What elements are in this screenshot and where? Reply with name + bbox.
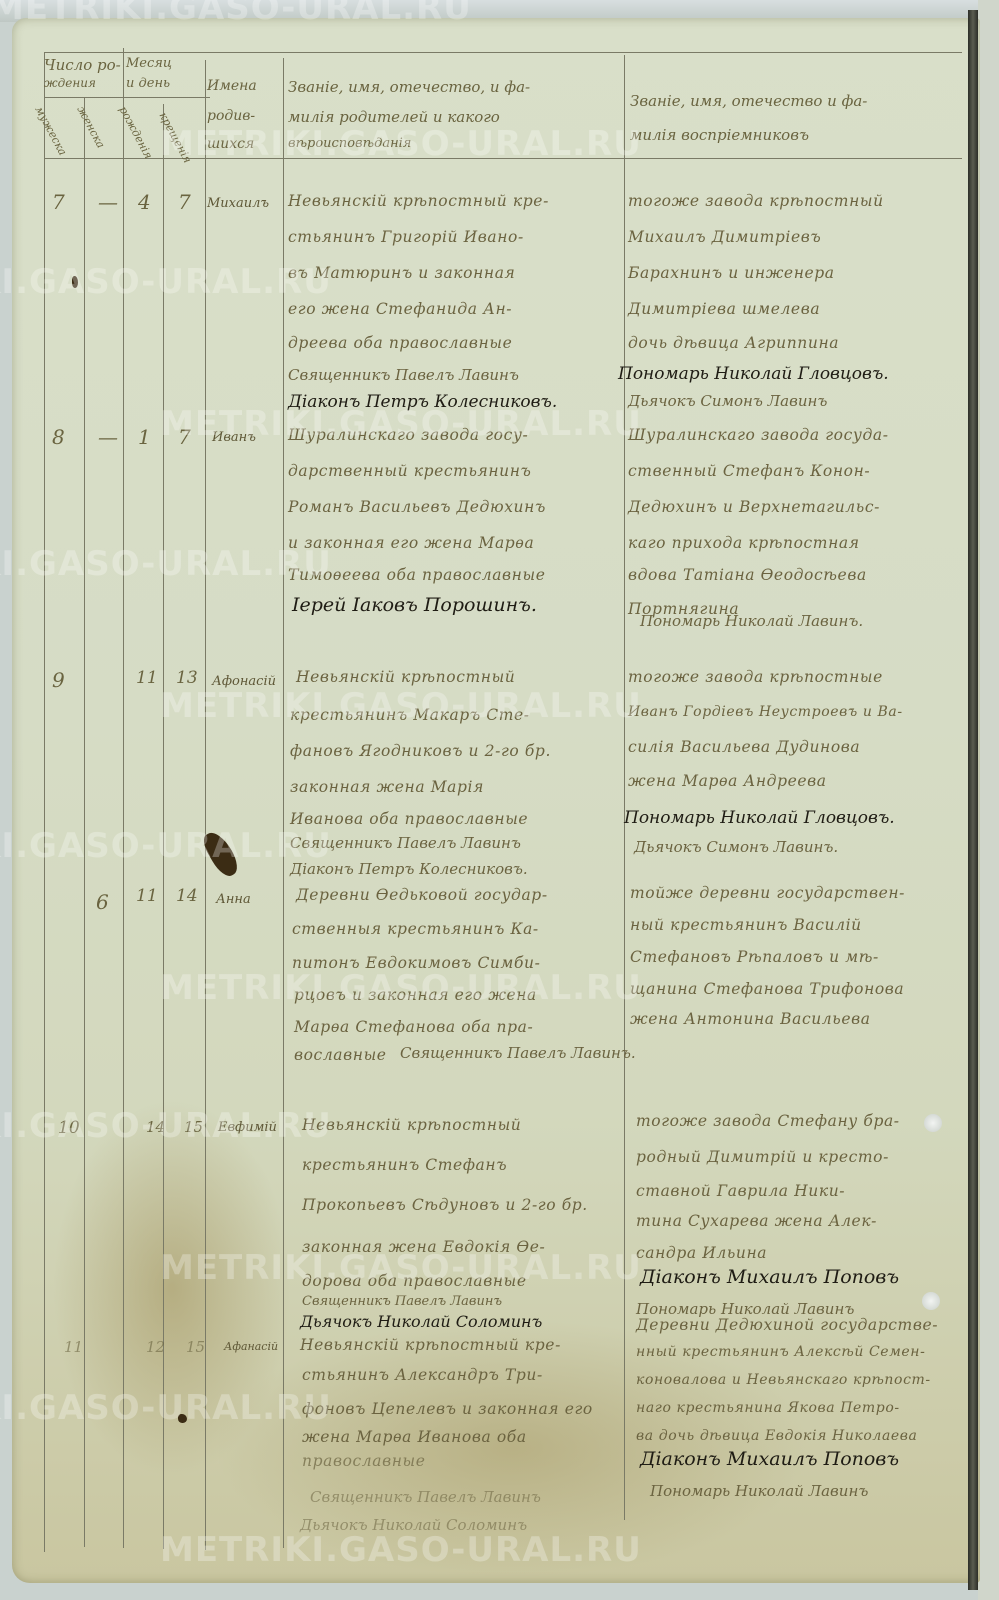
- godparents-line: Деревни Дедюхиной государстве-: [636, 1316, 938, 1334]
- godparents-line: сандра Ильина: [636, 1244, 767, 1262]
- godparents-line: тина Сухарева жена Алек-: [636, 1212, 877, 1230]
- parents-line: жена Марѳа Иванова оба: [302, 1428, 527, 1446]
- watermark: METRIKI.GASO-URAL.RU: [160, 686, 642, 726]
- godparents-line: тогоже завода крѣпостные: [628, 668, 883, 686]
- godparents-line: ва дочь дѣвица Евдокія Николаева: [636, 1428, 917, 1444]
- parents-line: вославные: [294, 1046, 387, 1064]
- clergy-signature: Діаконъ Михаилъ Поповъ: [640, 1266, 899, 1288]
- baptism-day: 13: [176, 668, 198, 688]
- godparents-line: ный крестьянинъ Василій: [630, 916, 862, 934]
- clergy-signature: Дьячокъ Симонъ Лавинъ: [628, 392, 827, 410]
- header-godparents-2: милія воспріемниковъ: [630, 126, 809, 144]
- header-godparents-1: Званіе, имя, отечество и фа-: [630, 92, 867, 110]
- godparents-line: щанина Стефанова Трифонова: [630, 980, 904, 998]
- watermark: METRIKI.GASO-URAL.RU: [0, 0, 472, 28]
- godparents-line: Барахнинъ и инженера: [628, 264, 835, 282]
- female-number: —: [98, 425, 118, 449]
- godparents-line: нный крестьянинъ Алексѣй Семен-: [636, 1344, 925, 1360]
- parents-line: дарственный крестьянинъ: [288, 462, 531, 480]
- watermark: METRIKI.GASO-URAL.RU: [0, 1106, 332, 1146]
- child-name: Афанасій: [224, 1340, 278, 1353]
- godparents-line: наго крестьянина Якова Петро-: [636, 1400, 900, 1416]
- godparents-line: дочь дѣвица Агриппина: [628, 334, 839, 352]
- male-number: 7: [52, 190, 65, 214]
- parents-line: Невьянскiй крѣпостный кре-: [288, 192, 549, 210]
- godparents-line: тойже деревни государствен-: [630, 884, 905, 902]
- clergy-signature: Священникъ Павелъ Лавинъ: [310, 1488, 541, 1506]
- header-parents-1: Званіе, имя, отечество, и фа-: [288, 78, 530, 96]
- godparents-line: тогоже завода крѣпостный: [628, 192, 884, 210]
- female-number: —: [98, 190, 118, 214]
- clergy-signature: Іерей Іаковъ Порошинъ.: [292, 594, 537, 616]
- table-top-rule: [44, 52, 962, 53]
- binding-hole: [924, 1114, 942, 1132]
- header-day-line1: Число ро-: [44, 56, 121, 74]
- parents-line: фановъ Ягодниковъ и 2-го бр.: [290, 742, 551, 760]
- book-binding: [968, 10, 978, 1590]
- header-day-line2: ждения: [44, 76, 96, 90]
- parents-line: ственныя крестьянинъ Ка-: [292, 920, 539, 938]
- parents-line: его жена Стефанида Ан-: [288, 300, 512, 318]
- male-number: 11: [64, 1338, 83, 1356]
- watermark: METRIKI.GASO-URAL.RU: [160, 1248, 642, 1288]
- parents-line: Марѳа Стефанова оба пра-: [294, 1018, 533, 1036]
- parents-line: Невьянскiй крѣпостный: [302, 1116, 521, 1134]
- birth-day: 11: [136, 668, 158, 688]
- clergy-signature: Священникъ Павелъ Лавинъ.: [400, 1044, 636, 1062]
- clergy-signature: Дьячокъ Симонъ Лавинъ.: [634, 838, 838, 856]
- column-rule: [624, 55, 625, 1520]
- clergy-signature: Пономарь Николай Гловцовъ.: [624, 808, 895, 828]
- male-number: 9: [52, 668, 65, 692]
- godparents-line: Иванъ Гордіевъ Неустроевъ и Ва-: [628, 704, 903, 720]
- child-name: Анна: [216, 892, 251, 907]
- baptism-day: 15: [186, 1338, 205, 1356]
- watermark: METRIKI.GASO-URAL.RU: [0, 826, 332, 866]
- baptism-day: 14: [176, 886, 198, 906]
- parents-line: дреева оба православные: [288, 334, 512, 352]
- birth-day: 12: [146, 1338, 165, 1356]
- scan-edge: [978, 0, 999, 1600]
- male-number: 8: [52, 425, 65, 449]
- parents-line: стьянинъ Александръ Три-: [302, 1366, 543, 1384]
- godparents-line: коновалова и Невьянскаго крѣпост-: [636, 1372, 931, 1388]
- parents-line: крестьянинъ Стефанъ: [302, 1156, 507, 1174]
- baptism-day: 7: [178, 190, 191, 214]
- column-rule: [84, 97, 85, 1547]
- godparents-line: родный Димитрій и кресто-: [636, 1148, 889, 1166]
- birth-day: 4: [138, 190, 151, 214]
- godparents-line: жена Марѳа Андреева: [628, 772, 827, 790]
- parents-line: православные: [302, 1452, 426, 1470]
- watermark: METRIKI.GASO-URAL.RU: [160, 968, 642, 1008]
- godparents-line: тогоже завода Стефану бра-: [636, 1112, 900, 1130]
- parents-line: законная жена Марія: [290, 778, 484, 796]
- watermark: METRIKI.GASO-URAL.RU: [160, 124, 642, 164]
- header-names-2: родив-: [207, 108, 255, 124]
- child-name: Михаилъ: [207, 196, 269, 211]
- birth-day: 1: [138, 425, 151, 449]
- watermark: METRIKI.GASO-URAL.RU: [0, 262, 332, 302]
- header-sub-rule: [44, 97, 210, 98]
- clergy-signature: Пономарь Николай Лавинъ.: [640, 612, 863, 630]
- godparents-line: ственный Стефанъ Конон-: [628, 462, 870, 480]
- parents-line: Невьянскiй крѣпостный кре-: [300, 1336, 561, 1354]
- godparents-line: вдова Татіана Ѳеодосѣева: [628, 566, 867, 584]
- godparents-line: жена Антонина Васильева: [630, 1010, 871, 1028]
- godparents-line: каго прихода крѣпостная: [628, 534, 860, 552]
- parents-line: Невьянскiй крѣпостный: [296, 668, 515, 686]
- godparents-line: Шуралинскаго завода госуда-: [628, 426, 889, 444]
- parents-line: Деревни Ѳедьковой государ-: [296, 886, 548, 904]
- godparents-line: Дедюхинъ и Верхнетагильс-: [628, 498, 880, 516]
- clergy-signature: Пономарь Николай Лавинъ: [650, 1482, 868, 1500]
- header-month-line2: и день: [126, 76, 170, 91]
- clergy-signature: Діаконъ Михаилъ Поповъ: [640, 1448, 899, 1470]
- parents-line: Прокопьевъ Сѣдуновъ и 2-го бр.: [302, 1196, 588, 1214]
- godparents-line: силія Васильева Дудинова: [628, 738, 860, 756]
- header-month-line1: Месяц: [126, 56, 172, 71]
- watermark: METRIKI.GASO-URAL.RU: [0, 544, 332, 584]
- birth-day: 11: [136, 886, 158, 906]
- header-names-1: Имена: [207, 78, 257, 94]
- clergy-signature: Дьячокъ Николай Соломинъ: [300, 1312, 542, 1331]
- godparents-line: Стефановъ Рѣпаловъ и мѣ-: [630, 948, 879, 966]
- parents-line: стьянинъ Григорій Ивано-: [288, 228, 524, 246]
- clergy-signature: Пономарь Николай Гловцовъ.: [618, 364, 889, 384]
- watermark: METRIKI.GASO-URAL.RU: [160, 1530, 642, 1570]
- watermark: METRIKI.GASO-URAL.RU: [0, 1388, 332, 1428]
- watermark: METRIKI.GASO-URAL.RU: [160, 404, 642, 444]
- godparents-line: ставной Гаврила Ники-: [636, 1182, 845, 1200]
- godparents-line: Димитріева шмелева: [628, 300, 820, 318]
- clergy-signature: Священникъ Павелъ Лавинъ: [302, 1294, 502, 1309]
- binding-hole: [922, 1292, 940, 1310]
- godparents-line: Михаилъ Димитріевъ: [628, 228, 821, 246]
- female-number: 6: [96, 890, 109, 914]
- parents-line: фоновъ Цепелевъ и законная его: [302, 1400, 593, 1418]
- clergy-signature: Священникъ Павелъ Лавинъ: [288, 366, 519, 384]
- parents-line: Романъ Васильевъ Дедюхинъ: [288, 498, 546, 516]
